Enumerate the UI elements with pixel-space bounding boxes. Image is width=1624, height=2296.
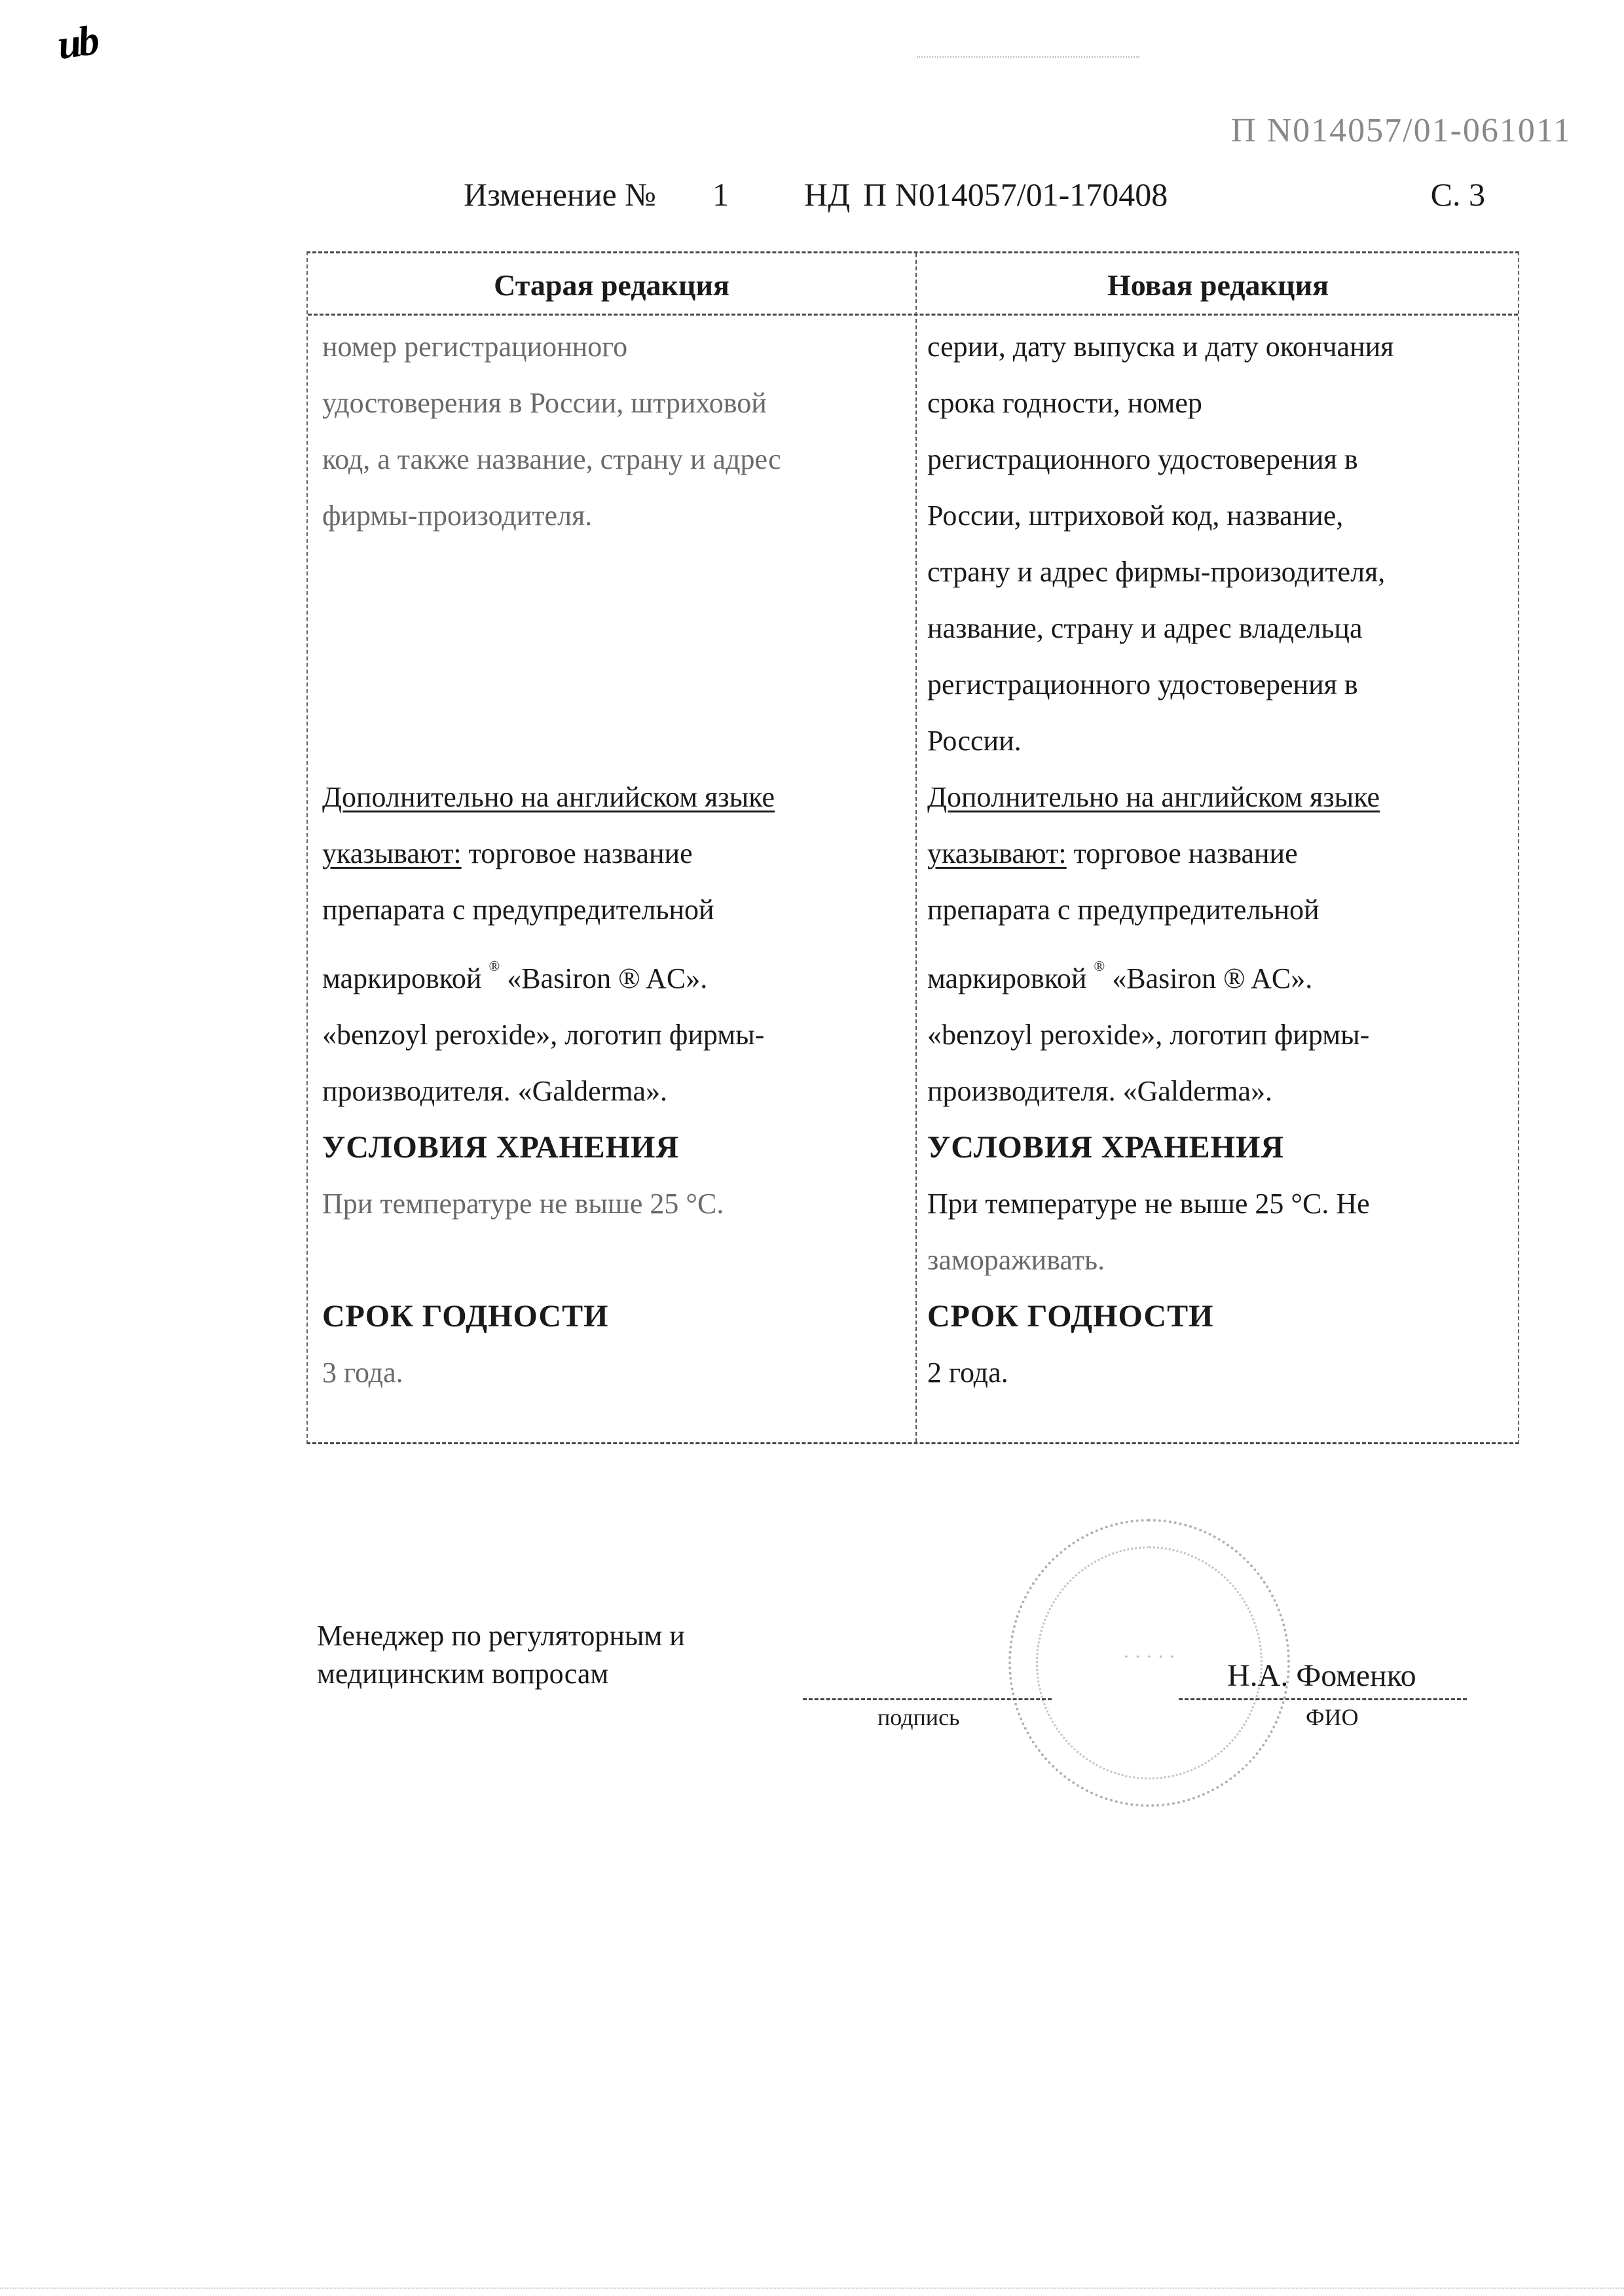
old-shelf-life-value: 3 года.	[322, 1345, 905, 1401]
document-code: П N014057/01-170408	[863, 175, 1380, 221]
old-english-heading: Дополнительно на английском языке	[322, 769, 905, 826]
new-english-line: маркировкой ® «Basiron ® AC».	[927, 938, 1510, 1007]
old-english-line: препарата с предупредительной	[322, 882, 905, 938]
new-english-line: указывают: торговое название	[927, 826, 1510, 882]
registration-stamp: П N014057/01-061011	[1231, 111, 1572, 150]
signatory-role: Менеджер по регуляторным и медицинским в…	[317, 1617, 685, 1693]
new-intro-line: регистрационного удостоверения в	[927, 431, 1510, 488]
comparison-table: Старая редакция Новая редакция номер рег…	[306, 251, 1519, 1444]
old-english-line: «benzoyl peroxide», логотип фирмы-	[322, 1007, 905, 1063]
new-storage-text: При температуре не выше 25 °С. Не	[927, 1176, 1510, 1232]
new-intro-line: название, страну и адрес владельца	[927, 600, 1510, 657]
old-english-line: указывают: торговое название	[322, 826, 905, 882]
handwritten-page-note: ub	[54, 16, 100, 69]
old-intro-line: код, а также название, страну и адрес	[322, 431, 905, 488]
new-intro-line: России.	[927, 713, 1510, 769]
new-intro-line: страну и адрес фирмы-произодителя,	[927, 544, 1510, 600]
page-number: С. 3	[1380, 175, 1485, 221]
new-shelf-life-value: 2 года.	[927, 1345, 1510, 1401]
change-number: 1	[712, 175, 804, 221]
document-header: Изменение № 1 НД П N014057/01-170408 С. …	[464, 175, 1485, 221]
new-english-heading: Дополнительно на английском языке	[927, 769, 1510, 826]
registered-mark: ®	[1094, 958, 1105, 974]
registered-mark: ®	[489, 958, 500, 974]
new-storage-text: замораживать.	[927, 1232, 1510, 1288]
new-intro-line: России, штриховой код, название,	[927, 488, 1510, 544]
new-intro-line: срока годности, номер	[927, 375, 1510, 431]
old-storage-heading: УСЛОВИЯ ХРАНЕНИЯ	[322, 1120, 905, 1176]
header-separator	[308, 314, 1518, 316]
signature-line	[803, 1698, 1052, 1700]
scan-edge-artifact	[0, 2287, 1624, 2289]
old-intro-line: номер регистрационного	[322, 319, 905, 375]
new-storage-heading: УСЛОВИЯ ХРАНЕНИЯ	[927, 1120, 1510, 1176]
new-intro-line: серии, дату выпуска и дату окончания	[927, 319, 1510, 375]
new-english-line: «benzoyl peroxide», логотип фирмы-	[927, 1007, 1510, 1063]
signatory-name: Н.А. Фоменко	[1227, 1658, 1416, 1694]
old-intro-line: удостоверения в России, штриховой	[322, 375, 905, 431]
change-label: Изменение №	[464, 175, 712, 221]
new-intro-line: регистрационного удостоверения в	[927, 657, 1510, 713]
old-shelf-life-heading: СРОК ГОДНОСТИ	[322, 1288, 905, 1345]
new-edition-header: Новая редакция	[917, 259, 1519, 311]
old-intro-line: фирмы-произодителя.	[322, 488, 905, 544]
name-caption: ФИО	[1306, 1704, 1358, 1731]
nd-label: НД	[804, 175, 863, 221]
scan-artifact-line	[917, 56, 1139, 58]
new-shelf-life-heading: СРОК ГОДНОСТИ	[927, 1288, 1510, 1345]
old-english-line: производителя. «Galderma».	[322, 1063, 905, 1120]
new-english-line: препарата с предупредительной	[927, 882, 1510, 938]
old-edition-column: номер регистрационного удостоверения в Р…	[322, 319, 905, 1401]
new-edition-column: серии, дату выпуска и дату окончания сро…	[927, 319, 1510, 1401]
signature-caption: подпись	[877, 1704, 959, 1731]
old-storage-text: При температуре не выше 25 °С.	[322, 1176, 905, 1232]
column-divider	[915, 253, 917, 1442]
old-edition-header: Старая редакция	[308, 259, 915, 311]
new-english-line: производителя. «Galderma».	[927, 1063, 1510, 1120]
old-english-line: маркировкой ® «Basiron ® AC».	[322, 938, 905, 1007]
name-line	[1179, 1698, 1467, 1700]
